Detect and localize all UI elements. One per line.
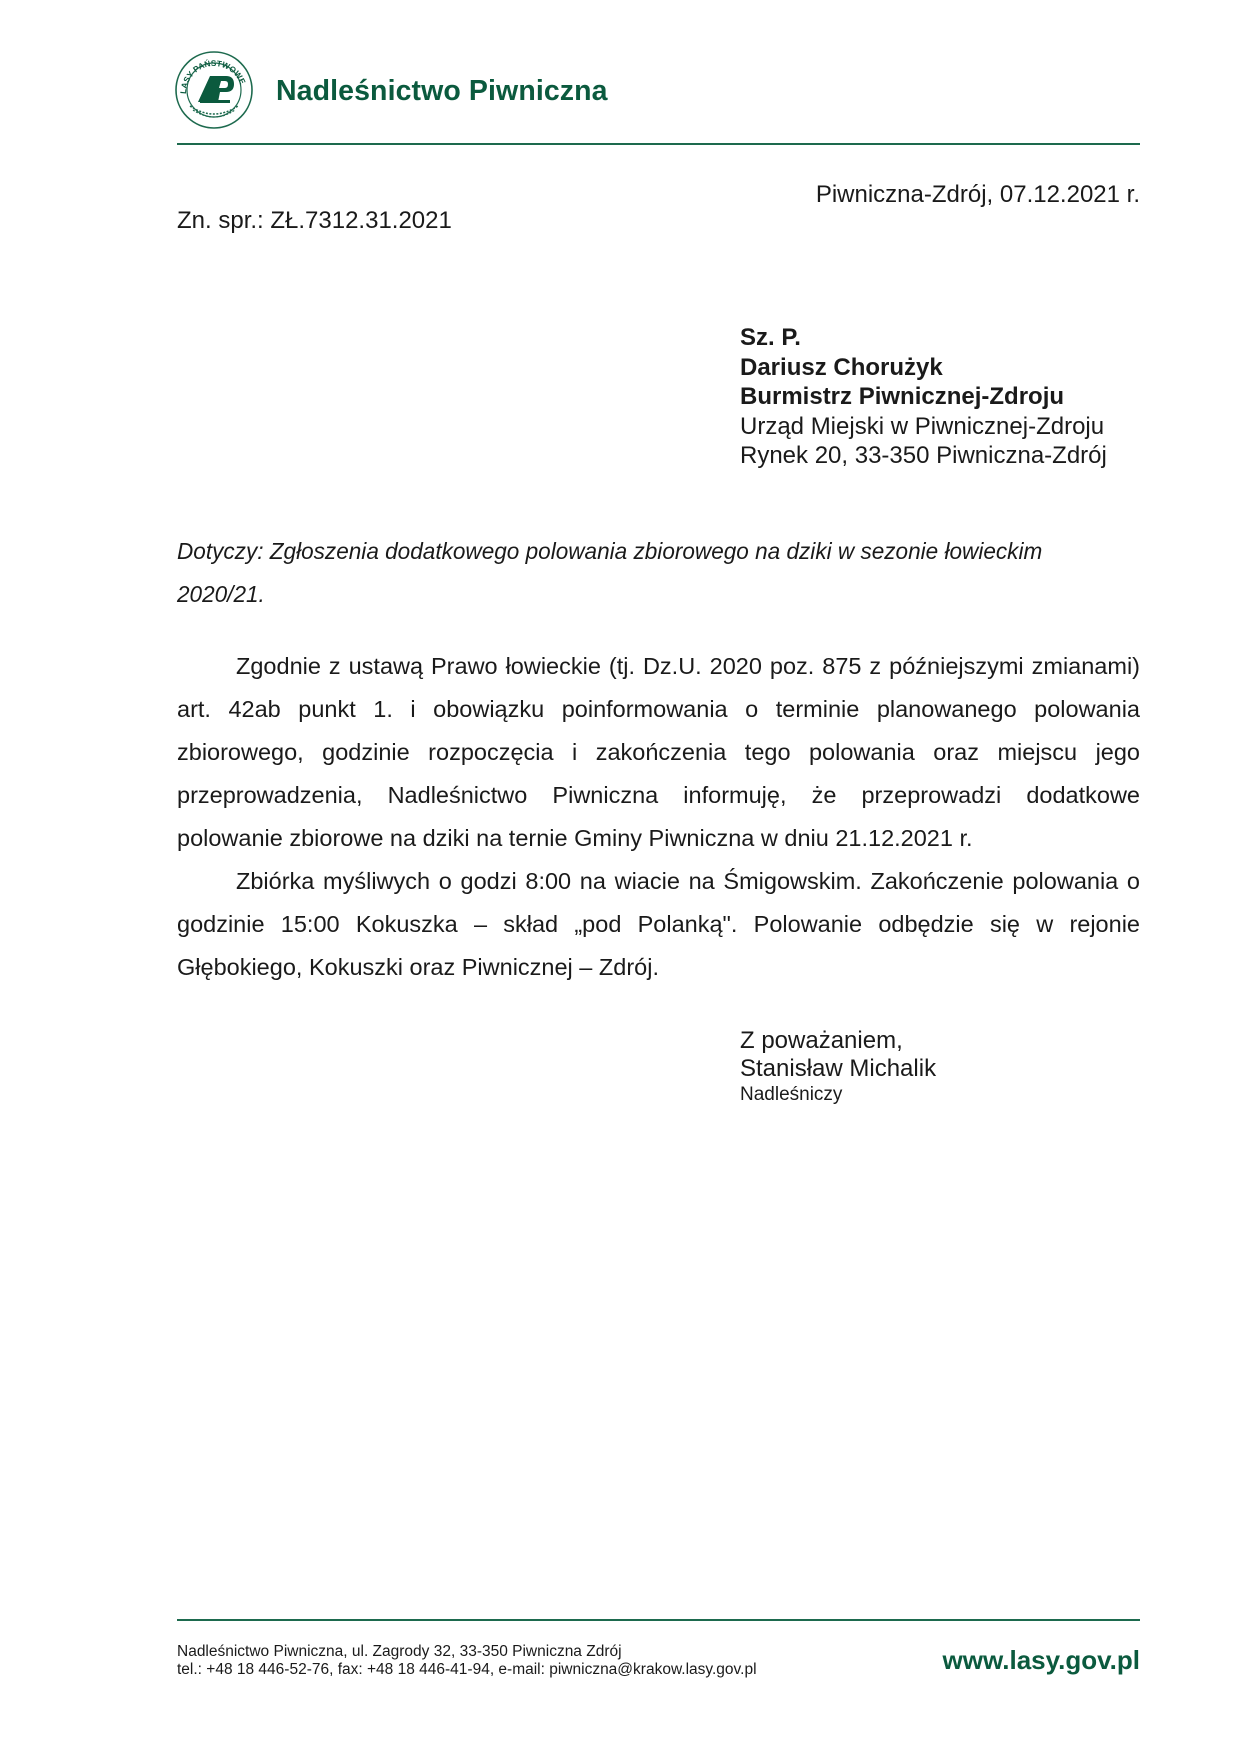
recipient-salutation: Sz. P. xyxy=(740,323,1107,353)
recipient-name: Dariusz Chorużyk xyxy=(740,353,1107,383)
signatory-name: Stanisław Michalik xyxy=(740,1055,936,1083)
footer-contact: Nadleśnictwo Piwniczna, ul. Zagrody 32, … xyxy=(177,1643,757,1679)
signatory-title: Nadleśniczy xyxy=(740,1083,936,1107)
recipient-address: Rynek 20, 33-350 Piwniczna-Zdrój xyxy=(740,441,1107,471)
letter-subject: Dotyczy: Zgłoszenia dodatkowego polowani… xyxy=(177,530,1101,616)
header-divider xyxy=(177,143,1140,145)
place-and-date: Piwniczna-Zdrój, 07.12.2021 r. xyxy=(816,181,1140,209)
closing-block: Z poważaniem, Stanisław Michalik Nadleśn… xyxy=(740,1027,936,1107)
body-paragraph: Zbiórka myśliwych o godzi 8:00 na wiacie… xyxy=(177,860,1140,989)
footer-address: Nadleśnictwo Piwniczna, ul. Zagrody 32, … xyxy=(177,1643,757,1661)
lasy-panstwowe-logo-icon: LASY PAŃSTWOWE xyxy=(174,50,254,130)
footer-phone-email: tel.: +48 18 446-52-76, fax: +48 18 446-… xyxy=(177,1661,757,1679)
recipient-position: Burmistrz Piwnicznej-Zdroju xyxy=(740,382,1107,412)
footer-divider xyxy=(177,1619,1140,1621)
recipient-block: Sz. P. Dariusz Chorużyk Burmistrz Piwnic… xyxy=(740,323,1107,471)
closing-greeting: Z poważaniem, xyxy=(740,1027,936,1055)
reference-number: Zn. spr.: ZŁ.7312.31.2021 xyxy=(177,207,452,235)
organization-name: Nadleśnictwo Piwniczna xyxy=(276,75,608,108)
body-paragraph: Zgodnie z ustawą Prawo łowieckie (tj. Dz… xyxy=(177,645,1140,860)
recipient-office: Urząd Miejski w Piwnicznej-Zdroju xyxy=(740,412,1107,442)
website-link[interactable]: www.lasy.gov.pl xyxy=(943,1645,1140,1676)
